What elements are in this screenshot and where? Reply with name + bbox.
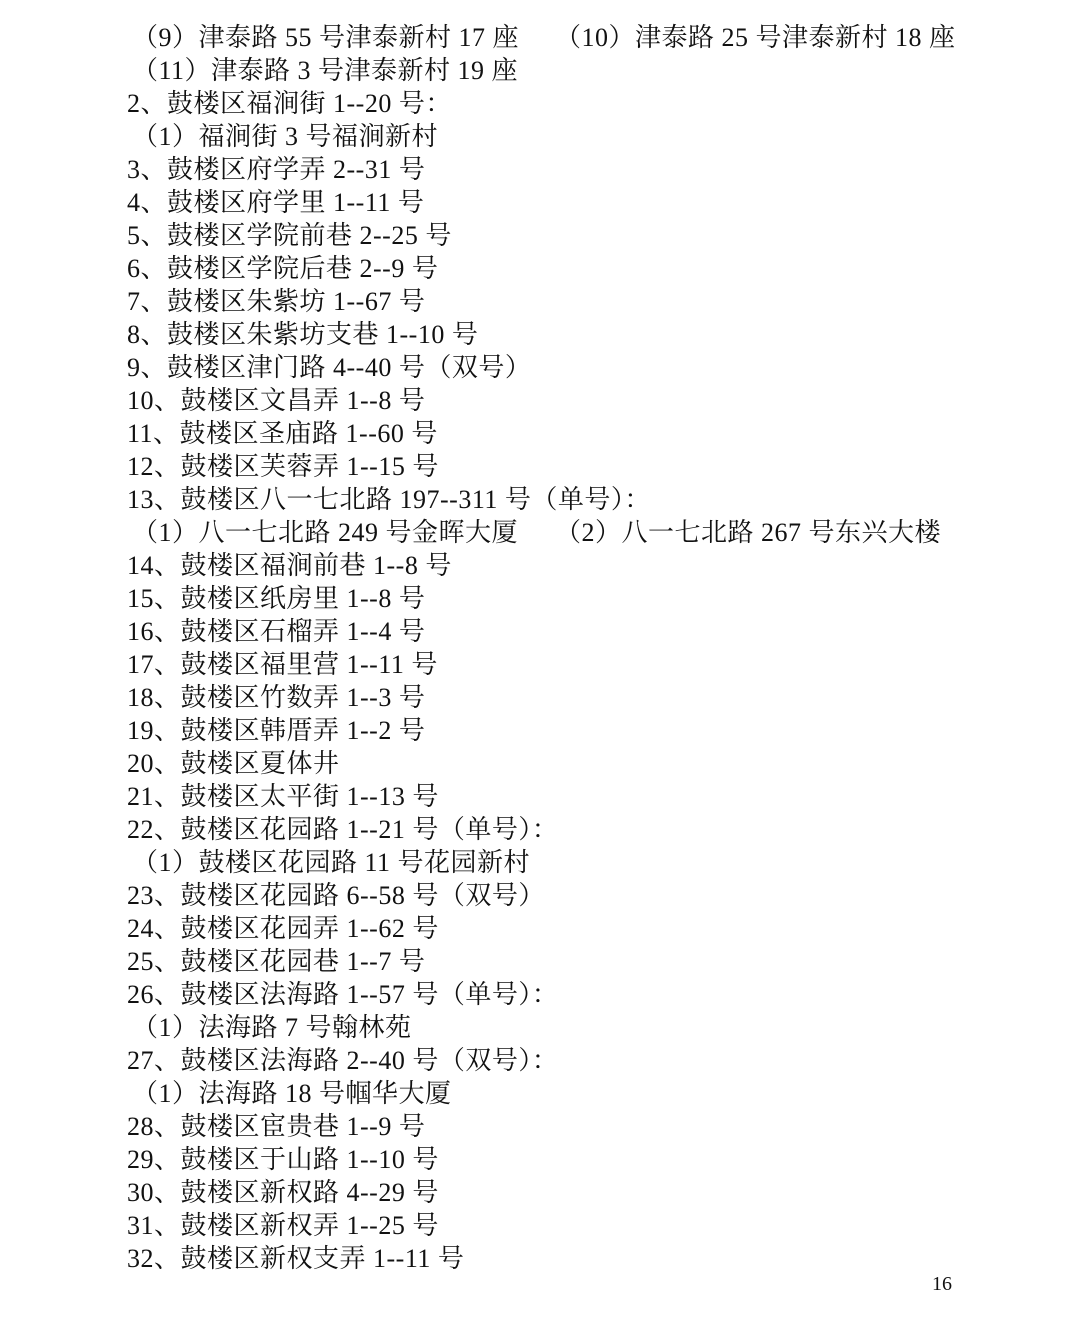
list-item: 32、鼓楼区新权支弄 1--11 号	[127, 1242, 987, 1275]
list-item: （11）津泰路 3 号津泰新村 19 座	[127, 54, 987, 87]
list-item: （1）鼓楼区花园路 11 号花园新村	[127, 846, 987, 879]
list-item-text: 12、鼓楼区芙蓉弄 1--15 号	[127, 452, 439, 481]
list-item-text: 28、鼓楼区宦贵巷 1--9 号	[127, 1112, 425, 1141]
list-item: 3、鼓楼区府学弄 2--31 号	[127, 153, 987, 186]
list-item: 18、鼓楼区竹数弄 1--3 号	[127, 681, 987, 714]
list-item: 2、鼓楼区福涧街 1--20 号：	[127, 87, 987, 120]
list-item: 26、鼓楼区法海路 1--57 号（单号）：	[127, 978, 987, 1011]
list-item: 12、鼓楼区芙蓉弄 1--15 号	[127, 450, 987, 483]
list-item-text: （9）津泰路 55 号津泰新村 17 座	[132, 23, 519, 52]
list-item: （1）法海路 7 号翰林苑	[127, 1011, 987, 1044]
address-list: （9）津泰路 55 号津泰新村 17 座（10）津泰路 25 号津泰新村 18 …	[127, 21, 987, 1275]
list-item-text: 6、鼓楼区学院后巷 2--9 号	[127, 254, 438, 283]
list-item-text: 9、鼓楼区津门路 4--40 号（双号）	[127, 353, 531, 382]
list-item: （1）法海路 18 号帼华大厦	[127, 1077, 987, 1110]
list-item-text: 17、鼓楼区福里营 1--11 号	[127, 650, 438, 679]
list-item: 11、鼓楼区圣庙路 1--60 号	[127, 417, 987, 450]
list-item-text: 15、鼓楼区纸房里 1--8 号	[127, 584, 425, 613]
list-item-text: 26、鼓楼区法海路 1--57 号（单号）：	[127, 980, 558, 1009]
list-item: 20、鼓楼区夏体井	[127, 747, 987, 780]
list-item-text: 24、鼓楼区花园弄 1--62 号	[127, 914, 439, 943]
list-item: 17、鼓楼区福里营 1--11 号	[127, 648, 987, 681]
list-item: 5、鼓楼区学院前巷 2--25 号	[127, 219, 987, 252]
list-item: （1）八一七北路 249 号金晖大厦（2）八一七北路 267 号东兴大楼	[127, 516, 987, 549]
list-item: 9、鼓楼区津门路 4--40 号（双号）	[127, 351, 987, 384]
list-item-text: （11）津泰路 3 号津泰新村 19 座	[132, 56, 518, 85]
list-item-text: 30、鼓楼区新权路 4--29 号	[127, 1178, 439, 1207]
list-item: 29、鼓楼区于山路 1--10 号	[127, 1143, 987, 1176]
list-item-text: 10、鼓楼区文昌弄 1--8 号	[127, 386, 425, 415]
list-item: 6、鼓楼区学院后巷 2--9 号	[127, 252, 987, 285]
list-item: 16、鼓楼区石榴弄 1--4 号	[127, 615, 987, 648]
list-item: （9）津泰路 55 号津泰新村 17 座（10）津泰路 25 号津泰新村 18 …	[127, 21, 987, 54]
list-item-text: 18、鼓楼区竹数弄 1--3 号	[127, 683, 425, 712]
list-item-text: 29、鼓楼区于山路 1--10 号	[127, 1145, 439, 1174]
list-item-text-col2: （10）津泰路 25 号津泰新村 18 座	[555, 21, 956, 54]
list-item: 21、鼓楼区太平街 1--13 号	[127, 780, 987, 813]
list-item-text: 3、鼓楼区府学弄 2--31 号	[127, 155, 425, 184]
list-item-text: （1）法海路 7 号翰林苑	[132, 1013, 412, 1042]
page-number: 16	[932, 1272, 952, 1296]
list-item: 28、鼓楼区宦贵巷 1--9 号	[127, 1110, 987, 1143]
list-item: 14、鼓楼区福涧前巷 1--8 号	[127, 549, 987, 582]
list-item-text: 31、鼓楼区新权弄 1--25 号	[127, 1211, 439, 1240]
list-item: 10、鼓楼区文昌弄 1--8 号	[127, 384, 987, 417]
document-page: （9）津泰路 55 号津泰新村 17 座（10）津泰路 25 号津泰新村 18 …	[0, 0, 1080, 1321]
list-item-text: 4、鼓楼区府学里 1--11 号	[127, 188, 424, 217]
list-item-text: 20、鼓楼区夏体井	[127, 749, 340, 778]
list-item-text: （1）八一七北路 249 号金晖大厦	[132, 518, 518, 547]
list-item: 31、鼓楼区新权弄 1--25 号	[127, 1209, 987, 1242]
list-item-text: 14、鼓楼区福涧前巷 1--8 号	[127, 551, 452, 580]
list-item-text-col2: （2）八一七北路 267 号东兴大楼	[555, 516, 941, 549]
list-item: 8、鼓楼区朱紫坊支巷 1--10 号	[127, 318, 987, 351]
list-item-text: 5、鼓楼区学院前巷 2--25 号	[127, 221, 452, 250]
list-item-text: 8、鼓楼区朱紫坊支巷 1--10 号	[127, 320, 478, 349]
list-item: 22、鼓楼区花园路 1--21 号（单号）：	[127, 813, 987, 846]
list-item-text: （1）法海路 18 号帼华大厦	[132, 1079, 452, 1108]
list-item-text: 23、鼓楼区花园路 6--58 号（双号）	[127, 881, 545, 910]
list-item: 4、鼓楼区府学里 1--11 号	[127, 186, 987, 219]
list-item: 27、鼓楼区法海路 2--40 号（双号）：	[127, 1044, 987, 1077]
list-item-text: 32、鼓楼区新权支弄 1--11 号	[127, 1244, 464, 1273]
list-item: 15、鼓楼区纸房里 1--8 号	[127, 582, 987, 615]
list-item-text: 7、鼓楼区朱紫坊 1--67 号	[127, 287, 425, 316]
list-item: （1）福涧街 3 号福涧新村	[127, 120, 987, 153]
list-item-text: 27、鼓楼区法海路 2--40 号（双号）：	[127, 1046, 558, 1075]
list-item-text: 21、鼓楼区太平街 1--13 号	[127, 782, 439, 811]
list-item-text: （1）鼓楼区花园路 11 号花园新村	[132, 848, 530, 877]
list-item: 7、鼓楼区朱紫坊 1--67 号	[127, 285, 987, 318]
list-item-text: 16、鼓楼区石榴弄 1--4 号	[127, 617, 425, 646]
list-item: 30、鼓楼区新权路 4--29 号	[127, 1176, 987, 1209]
list-item: 19、鼓楼区韩厝弄 1--2 号	[127, 714, 987, 747]
list-item-text: 25、鼓楼区花园巷 1--7 号	[127, 947, 425, 976]
list-item: 24、鼓楼区花园弄 1--62 号	[127, 912, 987, 945]
list-item-text: 22、鼓楼区花园路 1--21 号（单号）：	[127, 815, 558, 844]
list-item-text: 19、鼓楼区韩厝弄 1--2 号	[127, 716, 425, 745]
list-item: 25、鼓楼区花园巷 1--7 号	[127, 945, 987, 978]
list-item-text: 2、鼓楼区福涧街 1--20 号：	[127, 89, 452, 118]
list-item-text: 13、鼓楼区八一七北路 197--311 号（单号）：	[127, 485, 651, 514]
list-item-text: （1）福涧街 3 号福涧新村	[132, 122, 438, 151]
list-item: 23、鼓楼区花园路 6--58 号（双号）	[127, 879, 987, 912]
list-item-text: 11、鼓楼区圣庙路 1--60 号	[127, 419, 438, 448]
list-item: 13、鼓楼区八一七北路 197--311 号（单号）：	[127, 483, 987, 516]
